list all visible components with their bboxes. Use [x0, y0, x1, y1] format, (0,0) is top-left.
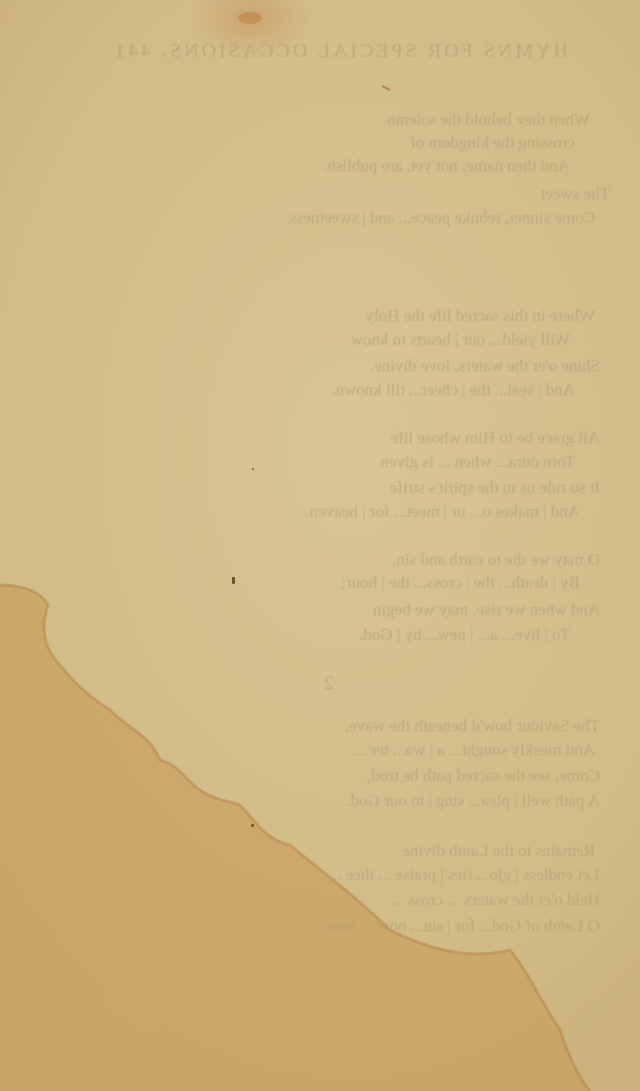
bleed-line: Shine o'er the waters, love divine. [370, 356, 600, 376]
bleed-line: Where in this sacred life the Holy [366, 306, 595, 326]
bleed-line: And then name, not yet, are publish. [323, 156, 570, 176]
bleed-line: Will yield... our | hearts to know [351, 330, 570, 350]
bleed-line: By | death... the | cross... the | hour; [341, 573, 580, 593]
bleed-line: All grace be to Him whose life [390, 428, 600, 448]
bleed-line: When they behold the solemn [387, 110, 590, 130]
bleed-line: Let endless | glo... ries | praise ... t… [329, 865, 600, 885]
book-page: HYMNS FOR SPECIAL OCCASIONS. 441 When th… [0, 0, 640, 1091]
bleed-through-text: HYMNS FOR SPECIAL OCCASIONS. 441 When th… [0, 0, 640, 1091]
bleed-line: And | seal... the | cheer... till known. [331, 380, 575, 400]
bleed-line: A path well | plea... sing | to our God. [346, 791, 600, 811]
bleed-line: To | live... a... | new... by | God. [359, 625, 570, 645]
bleed-line: And when we rise, may we begin [373, 600, 600, 620]
section-number: 2 [324, 672, 334, 695]
bleed-line: O Lamb of God... for | sin... now ... wo… [322, 916, 600, 936]
bleed-line: O may we die to earth and sin, [392, 550, 600, 570]
bleed-line: Torn oura... when ... is given [380, 452, 575, 472]
bleed-line: Remains to the Lamb divine [402, 841, 595, 861]
bleed-line: The sweet [541, 184, 610, 204]
bleed-line: It so rule us in the spirit's strife [390, 478, 600, 498]
running-header: HYMNS FOR SPECIAL OCCASIONS. 441 [110, 40, 570, 63]
bleed-line: Come sinner, rebuke peace... and | sweet… [286, 208, 595, 228]
bleed-line: Come, see the sacred path he trod, [367, 766, 600, 786]
bleed-line: crossing the kingdom of [410, 133, 575, 153]
bleed-line: The Saviour bow'd beneath the wave, [345, 716, 600, 736]
bleed-line: And meekly sought... a | wa... ter ... [354, 740, 595, 760]
bleed-line: Held o'er the waters ... cross ... [391, 890, 600, 910]
bleed-line: And | makes o... ur | meet... for | heav… [305, 502, 580, 522]
